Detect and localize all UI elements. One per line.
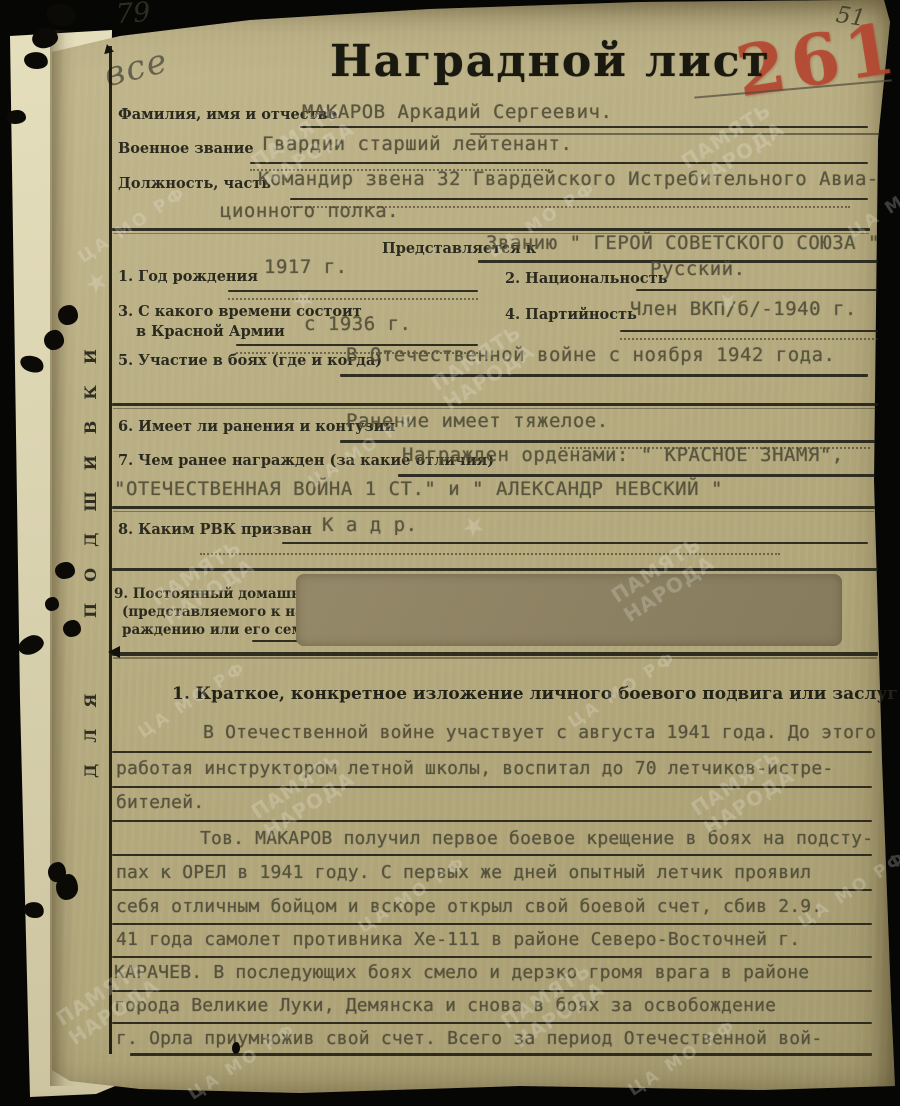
left-arrow-mark [108, 646, 120, 658]
in-army-label-line2: в Красной Армии [136, 323, 285, 340]
combat-label: 5. Участие в боях (где и когда) [118, 352, 382, 369]
nomination-value: Званию " ГЕРОЙ СОВЕТСКОГО СОЮЗА " [486, 232, 880, 254]
party-value: Член ВКП/б/-1940 г. [630, 298, 857, 320]
surname-value: МАКАРОВ Аркадий Сергеевич. [302, 101, 612, 123]
rank-value: Гвардии старший лейтенант. [262, 133, 572, 155]
nationality-label: 2. Национальность [505, 270, 667, 287]
margin-vertical-text: ДЛЯ ПОДШИВКИ [81, 328, 100, 778]
nationality-value: Русский. [650, 258, 746, 280]
document-title: Наградной лист [330, 36, 771, 87]
combat-value: В Отечественной войне с ноября 1942 года… [346, 344, 836, 366]
position-value-line1: Командир звена 32 Гвардейского Истребите… [258, 168, 879, 190]
awards-value-line2: "ОТЕЧЕСТВЕННАЯ ВОЙНА 1 СТ." и " АЛЕКСАНД… [114, 478, 723, 500]
birth-year-value: 1917 г. [264, 256, 348, 278]
redacted-address-block [296, 574, 842, 646]
feat-line: города Великие Луки, Демянска и снова в … [114, 995, 776, 1016]
awards-value-line1: Награжден орденами: " КРАСНОЕ ЗНАМЯ", [402, 444, 844, 466]
feat-line: г. Орла приумножив свой счет. Всего за п… [116, 1028, 822, 1049]
rvk-label: 8. Каким РВК призван [118, 521, 312, 538]
document-content: 79 51 261 все Наградной лист ДЛЯ ПОДШИВК… [0, 0, 900, 1106]
handwritten-page-number-left: 79 [115, 0, 151, 30]
scanned-award-document: 79 51 261 все Наградной лист ДЛЯ ПОДШИВК… [0, 0, 900, 1106]
feat-section-heading: 1. Краткое, конкретное изложение личного… [172, 684, 898, 704]
feat-line: работая инструктором летной школы, воспи… [116, 758, 833, 779]
position-value-line2: ционного полка. [220, 200, 399, 222]
birth-year-label: 1. Год рождения [118, 268, 258, 285]
left-border-line [109, 46, 112, 1054]
feat-line: пах к ОРЕЛ в 1941 году. С первых же дней… [116, 862, 811, 883]
feat-line: В Отечественной войне участвует с август… [203, 722, 876, 743]
feat-line: КАРАЧЕВ. В последующих боях смело и дерз… [114, 962, 809, 983]
feat-line: Тов. МАКАРОВ получил первое боевое креще… [200, 828, 873, 849]
feat-line: себя отличным бойцом и вскоре открыл сво… [116, 896, 822, 917]
wounds-value: Ранение имеет тяжелое. [346, 410, 609, 432]
rank-label: Военное звание [118, 140, 254, 157]
in-army-value: с 1936 г. [304, 313, 411, 335]
rvk-value: К а д р. [322, 514, 418, 536]
address-label-line2: (представляемого к наг- [122, 604, 318, 620]
party-label: 4. Партийность [505, 306, 637, 323]
feat-line: бителей. [116, 792, 204, 813]
position-label: Должность, часть [118, 175, 271, 192]
feat-line: 41 года самолет противника Хе-111 в райо… [116, 929, 800, 950]
